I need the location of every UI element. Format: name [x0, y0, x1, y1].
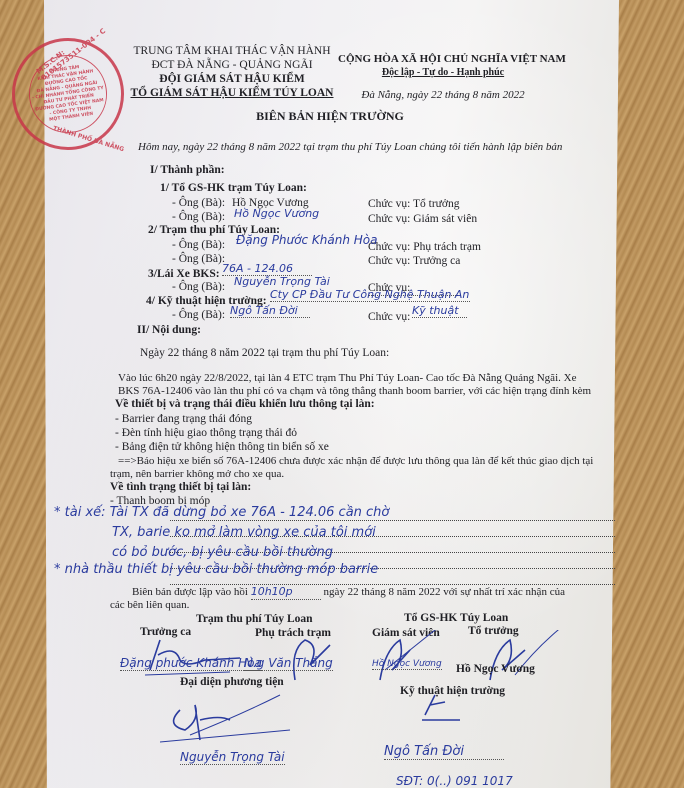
- dotted-line: [170, 520, 615, 521]
- g1-row2-name-handwritten: Hồ Ngọc Vương: [234, 207, 319, 220]
- org-line-4: TỔ GIÁM SÁT HẬU KIỂM TÚY LOAN: [122, 86, 342, 100]
- document-date: Đà Nẵng, ngày 22 tháng 8 năm 2022: [338, 88, 548, 102]
- plate-handwritten: 76A - 124.06: [222, 262, 312, 276]
- sig-name-to-truong: Hồ Ngọc Vương: [456, 662, 535, 676]
- sig-name-ky-thuat: Ngô Tấn Đời: [384, 744, 504, 760]
- handwritten-note-2: TX, barie ko mở làm vòng xe của tôi mới: [112, 525, 376, 540]
- g4-row1-role-value: Kỹ thuật: [412, 304, 467, 318]
- subheading-devices-state: Về thiết bị và trạng thái điều khiển lưu…: [115, 397, 375, 411]
- state-item-2: - Đèn tính hiệu giao thông trạng thái đỏ: [115, 426, 297, 440]
- sig-name-truong-ca: Đặng phước Khánh Hòa: [120, 656, 262, 671]
- header-left: TRUNG TÂM KHAI THÁC VẬN HÀNH ĐCT ĐÀ NẴNG…: [122, 44, 342, 100]
- closing-line-1: Biên bản được lập vào hồi 10h10p ngày 22…: [132, 585, 565, 600]
- g2-row1-role: Chức vụ: Phụ trách trạm: [368, 240, 481, 254]
- header-right: CỘNG HÒA XÃ HỘI CHỦ NGHĨA VIỆT NAM Độc l…: [338, 52, 548, 102]
- group-1-heading: 1/ Tổ GS-HK trạm Túy Loan:: [160, 181, 307, 195]
- closing-line-2: các bên liên quan.: [110, 598, 189, 612]
- content-p1: Ngày 22 tháng 8 năm 2022 tại trạm thu ph…: [140, 346, 389, 360]
- org-line-1: TRUNG TÂM KHAI THÁC VẬN HÀNH: [122, 44, 342, 58]
- org-line-3: ĐỘI GIÁM SÁT HẬU KIỂM: [122, 72, 342, 86]
- state-item-3: - Bảng điện tử không hiện thông tin biển…: [115, 440, 329, 454]
- sig-group-toll-station: Trạm thu phí Túy Loan: [196, 612, 313, 626]
- handwritten-note-4: * nhà thầu thiết bị yêu cầu bồi thường m…: [54, 562, 378, 577]
- sig-name-phu-trach: N.g Văn Thắng: [244, 656, 333, 671]
- section-1-heading: I/ Thành phần:: [150, 163, 225, 177]
- g4-row1-name-handwritten: Ngô Tấn Đời: [230, 304, 310, 318]
- g2-row1-name-handwritten: Đặng Phước Khánh Hòa: [236, 233, 377, 247]
- conclusion-line-a: ==>Báo hiệu xe biển số 76A-12406 chưa đư…: [118, 454, 593, 468]
- document-title: BIÊN BẢN HIỆN TRƯỜNG: [180, 109, 480, 123]
- g1-row1-label: - Ông (Bà):: [172, 196, 225, 210]
- g4-row1-role: Chức vụ:: [368, 310, 410, 324]
- stamp-inner: TRUNG TÂM KHAI THÁC VẬN HÀNH ĐƯỜNG CAO T…: [24, 50, 112, 138]
- handwritten-note-1: * tài xế: Tài TX đã dừng bỏ xe 76A - 124…: [54, 505, 389, 520]
- content-p2b: BKS 76A-12406 vào làn thu phí có va chạm…: [118, 384, 591, 398]
- g3-row1-label: - Ông (Bà):: [172, 280, 225, 294]
- g2-row2-role: Chức vụ: Trưởng ca: [368, 254, 460, 268]
- g2-row1-label: - Ông (Bà):: [172, 238, 225, 252]
- g2-row2-label: - Ông (Bà):: [172, 252, 225, 266]
- g1-row2-label: - Ông (Bà):: [172, 210, 225, 224]
- section-2-heading: II/ Nội dung:: [137, 323, 201, 337]
- sig-title-phuong-tien: Đại diện phương tiện: [180, 675, 284, 689]
- handwritten-note-3: có bỏ bước, bị yêu cầu bồi thường: [112, 545, 333, 560]
- intro-text: Hôm nay, ngày 22 tháng 8 năm 2022 tại tr…: [138, 140, 562, 154]
- group-3-heading: 3/Lái Xe BKS:: [148, 267, 220, 281]
- g1-row2-role: Chức vụ: Giám sát viên: [368, 212, 477, 226]
- sig-name-giam-sat: Hồ Ngọc Vương: [372, 659, 442, 670]
- closing-time-handwritten: 10h10p: [251, 585, 321, 600]
- g3-row1-name-handwritten: Nguyễn Trọng Tài: [234, 275, 330, 288]
- national-title: CỘNG HÒA XÃ HỘI CHỦ NGHĨA VIỆT NAM: [338, 52, 548, 66]
- sig-name-phuong-tien: Nguyễn Trọng Tài: [180, 750, 285, 765]
- g1-row1-role: Chức vụ: Tổ trưởng: [368, 197, 459, 211]
- signature-scribbles-2: [160, 690, 520, 750]
- subheading-device-condition: Về tình trạng thiết bị tại làn:: [110, 480, 251, 494]
- phone-number-partial: SĐT: 0(..) 091 1017: [396, 774, 513, 788]
- national-motto: Độc lập - Tự do - Hạnh phúc: [338, 66, 548, 80]
- g4-unit-handwritten: Cty CP Đầu Tư Công Nghệ Thuận An: [270, 288, 470, 302]
- state-item-1: - Barrier đang trạng thái đóng: [115, 412, 252, 426]
- conclusion-line-b: trạm, nên barrier không mở cho xe qua.: [110, 467, 284, 481]
- org-line-2: ĐCT ĐÀ NẴNG - QUẢNG NGÃI: [122, 58, 342, 72]
- sig-group-gshk: Tổ GS-HK Túy Loan: [404, 611, 508, 625]
- g4-row1-label: - Ông (Bà):: [172, 308, 225, 322]
- content-p2a: Vào lúc 6h20 ngày 22/8/2022, tại làn 4 E…: [118, 371, 576, 385]
